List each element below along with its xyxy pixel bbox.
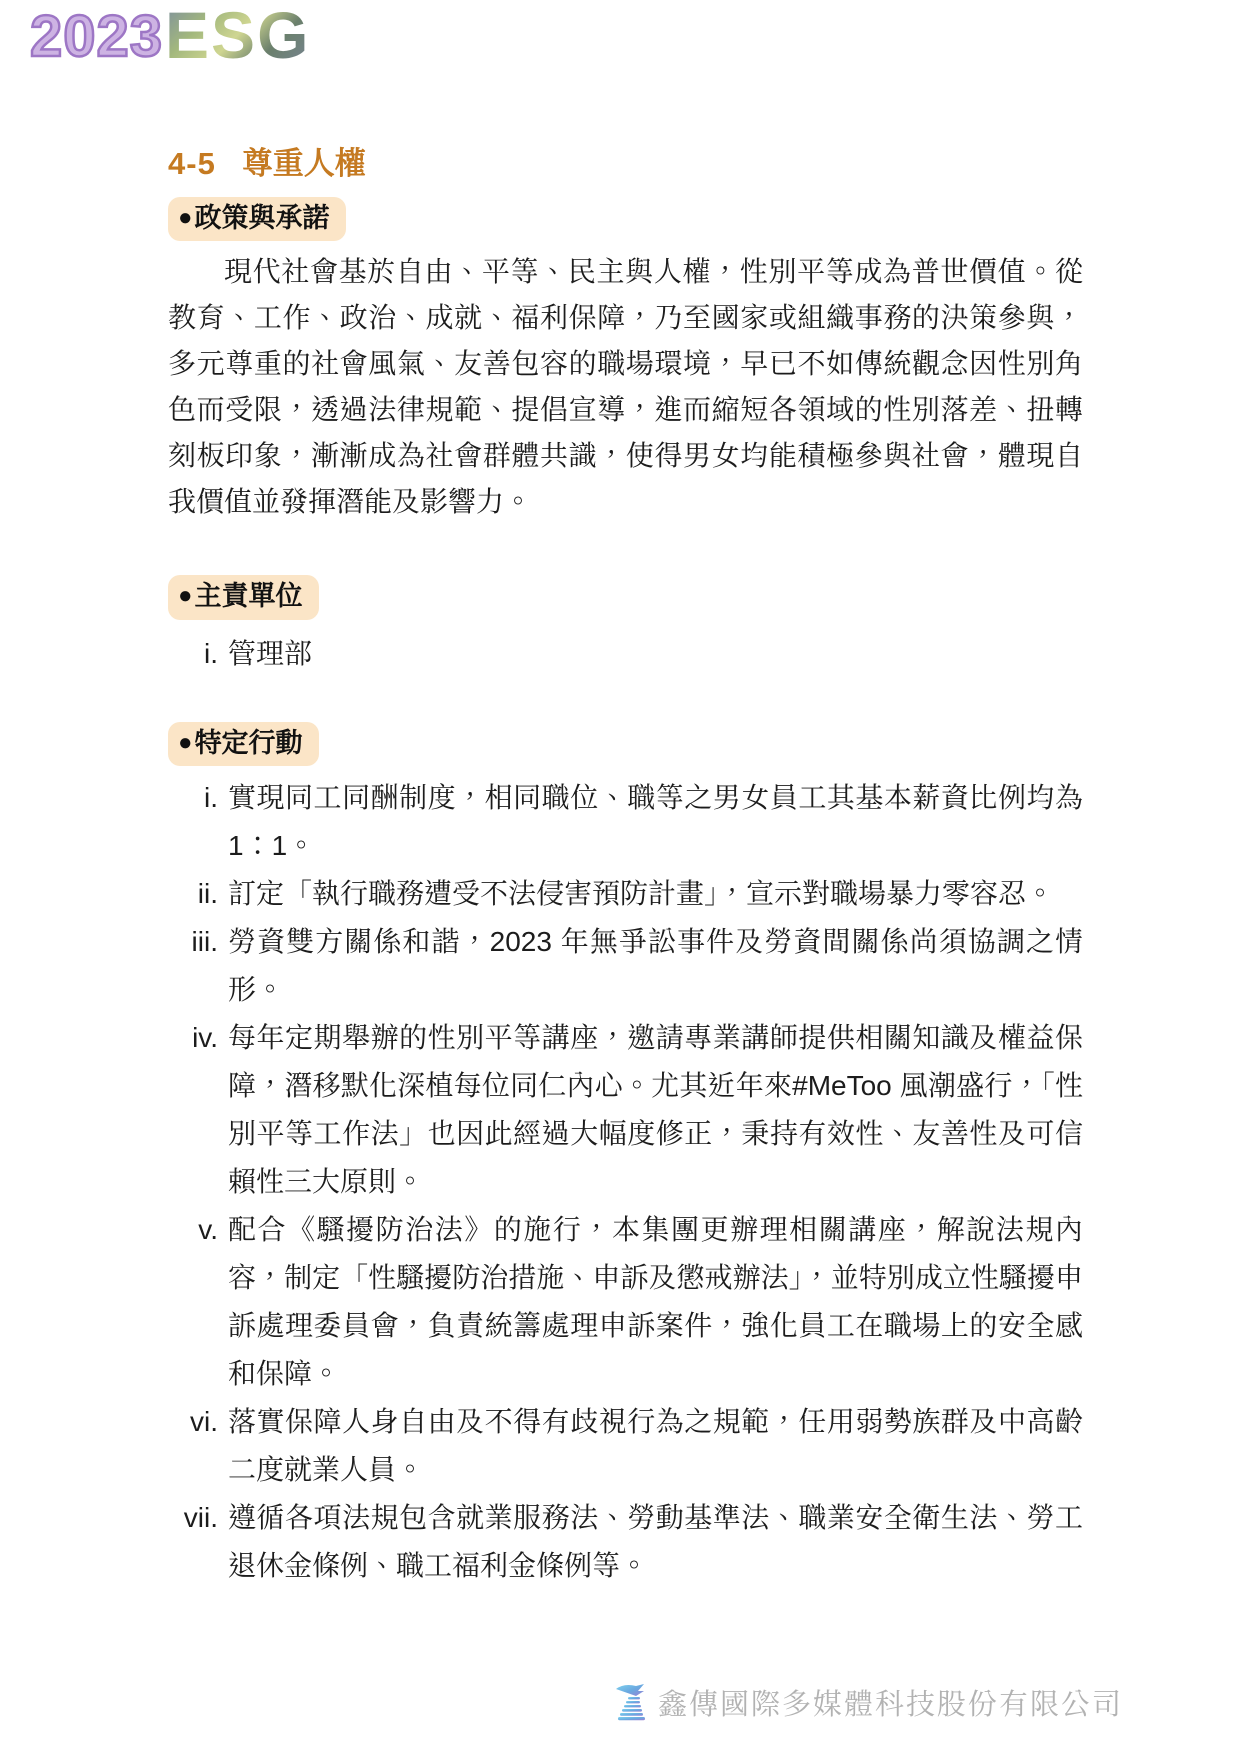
bullet-icon: ●: [178, 204, 193, 233]
list-item: iv. 每年定期舉辦的性別平等講座，邀請專業講師提供相關知識及權益保障，潛移默化…: [168, 1014, 1083, 1206]
list-item-text: 落實保障人身自由及不得有歧視行為之規範，任用弱勢族群及中高齡二度就業人員。: [228, 1398, 1083, 1494]
spacer: [168, 525, 1083, 575]
list-item-text: 實現同工同酬制度，相同職位、職等之男女員工其基本薪資比例均為 1：1。: [228, 774, 1083, 870]
bullet-icon: ●: [178, 729, 193, 758]
list-marker: v.: [168, 1206, 228, 1254]
page-footer: 鑫傳國際多媒體科技股份有限公司: [614, 1682, 1123, 1723]
list-item-text: 每年定期舉辦的性別平等講座，邀請專業講師提供相關知識及權益保障，潛移默化深植每位…: [228, 1014, 1083, 1206]
list-marker: iii.: [168, 918, 228, 966]
company-name: 鑫傳國際多媒體科技股份有限公司: [658, 1682, 1123, 1723]
list-item: vii. 遵循各項法規包含就業服務法、勞動基準法、職業安全衛生法、勞工退休金條例…: [168, 1494, 1083, 1590]
list-marker: vii.: [168, 1494, 228, 1542]
list-marker: i.: [168, 774, 228, 822]
heading-responsible-unit-label: 主責單位: [195, 580, 303, 612]
spacer: [168, 678, 1083, 722]
section-number: 4-5: [168, 146, 216, 182]
list-item-text: 遵循各項法規包含就業服務法、勞動基準法、職業安全衛生法、勞工退休金條例、職工福利…: [228, 1494, 1083, 1590]
heading-responsible-unit: ● 主責單位: [168, 575, 319, 619]
list-item-text: 勞資雙方關係和諧，2023 年無爭訟事件及勞資間關係尚須協調之情形。: [228, 918, 1083, 1014]
list-item: i. 實現同工同酬制度，相同職位、職等之男女員工其基本薪資比例均為 1：1。: [168, 774, 1083, 870]
specific-actions-list: i. 實現同工同酬制度，相同職位、職等之男女員工其基本薪資比例均為 1：1。 i…: [168, 774, 1083, 1590]
list-item: v. 配合《騷擾防治法》的施行，本集團更辦理相關講座，解說法規內容，制定「性騷擾…: [168, 1206, 1083, 1398]
report-logo: 2023 ESG: [30, 8, 310, 68]
list-item: i. 管理部: [168, 630, 1083, 678]
heading-specific-actions-label: 特定行動: [195, 727, 303, 759]
list-marker: i.: [168, 630, 228, 678]
list-item: ii. 訂定「執行職務遭受不法侵害預防計畫」，宣示對職場暴力零容忍。: [168, 870, 1083, 918]
list-marker: ii.: [168, 870, 228, 918]
responsible-unit-list: i. 管理部: [168, 630, 1083, 678]
page-title: 4-5 尊重人權: [168, 138, 1083, 183]
list-item: iii. 勞資雙方關係和諧，2023 年無爭訟事件及勞資間關係尚須協調之情形。: [168, 918, 1083, 1014]
list-item-text: 管理部: [228, 630, 1083, 678]
policy-paragraph: 現代社會基於自由、平等、民主與人權，性別平等成為普世價值。從教育、工作、政治、成…: [168, 249, 1083, 525]
bullet-icon: ●: [178, 582, 193, 611]
company-swan-logo-icon: [614, 1683, 648, 1723]
list-item-text: 配合《騷擾防治法》的施行，本集團更辦理相關講座，解說法規內容，制定「性騷擾防治措…: [228, 1206, 1083, 1398]
heading-specific-actions: ● 特定行動: [168, 722, 319, 766]
heading-policy-label: 政策與承諾: [195, 202, 330, 234]
list-item-text: 訂定「執行職務遭受不法侵害預防計畫」，宣示對職場暴力零容忍。: [228, 870, 1083, 918]
list-marker: vi.: [168, 1398, 228, 1446]
logo-esg-text: ESG: [165, 2, 310, 68]
logo-year-text: 2023: [30, 8, 163, 66]
list-marker: iv.: [168, 1014, 228, 1062]
list-item: vi. 落實保障人身自由及不得有歧視行為之規範，任用弱勢族群及中高齡二度就業人員…: [168, 1398, 1083, 1494]
section-title-text: 尊重人權: [242, 138, 366, 183]
heading-policy: ● 政策與承諾: [168, 197, 346, 241]
page-content: 4-5 尊重人權 ● 政策與承諾 現代社會基於自由、平等、民主與人權，性別平等成…: [168, 138, 1083, 1590]
